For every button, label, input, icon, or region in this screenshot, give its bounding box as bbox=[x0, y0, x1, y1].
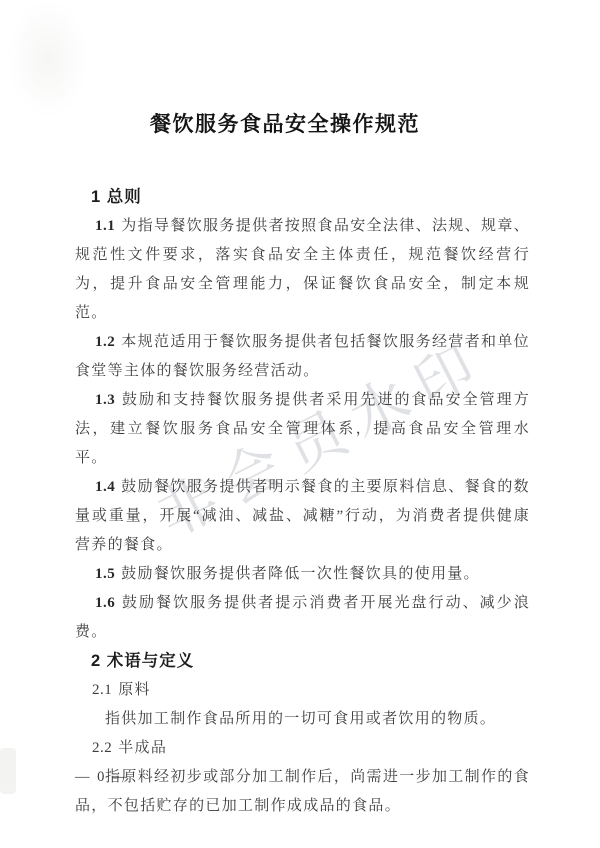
clause-text: 鼓励餐饮服务提供者降低一次性餐饮具的使用量。 bbox=[121, 566, 480, 582]
term-number: 2.2 bbox=[92, 740, 112, 756]
term-2-1-heading: 2.1原料 bbox=[75, 676, 530, 705]
section-1-heading: 1 总则 bbox=[75, 183, 530, 212]
term-2-1-definition: 指供加工制作食品所用的一切可食用或者饮用的物质。 bbox=[75, 705, 530, 734]
clause-number: 1.1 bbox=[95, 218, 115, 234]
clause-number: 1.5 bbox=[95, 566, 115, 582]
clause-number: 1.6 bbox=[95, 595, 115, 611]
clause-text: 本规范适用于餐饮服务提供者包括餐饮服务经营者和单位食堂等主体的餐饮服务经营活动。 bbox=[75, 334, 530, 379]
clause-text: 鼓励和支持餐饮服务提供者采用先进的食品安全管理方法，建立餐饮服务食品安全管理体系… bbox=[75, 392, 530, 466]
clause-text: 鼓励餐饮服务提供者明示餐食的主要原料信息、餐食的数量或重量，开展“减油、减盐、减… bbox=[75, 479, 530, 553]
clause-1-2: 1.2本规范适用于餐饮服务提供者包括餐饮服务经营者和单位食堂等主体的餐饮服务经营… bbox=[75, 328, 530, 386]
clause-1-5: 1.5鼓励餐饮服务提供者降低一次性餐饮具的使用量。 bbox=[75, 560, 530, 589]
clause-number: 1.4 bbox=[95, 479, 115, 495]
term-2-2-heading: 2.2半成品 bbox=[75, 734, 530, 763]
clause-text: 鼓励餐饮服务提供者提示消费者开展光盘行动、减少浪费。 bbox=[75, 595, 530, 640]
term-number: 2.1 bbox=[92, 682, 112, 698]
clause-1-4: 1.4鼓励餐饮服务提供者明示餐食的主要原料信息、餐食的数量或重量，开展“减油、减… bbox=[75, 473, 530, 560]
clause-1-1: 1.1为指导餐饮服务提供者按照食品安全法律、法规、规章、规范性文件要求，落实食品… bbox=[75, 212, 530, 328]
term-2-2-definition: 指原料经初步或部分加工制作后，尚需进一步加工制作的食品，不包括贮存的已加工制作成… bbox=[75, 763, 530, 821]
term-name: 原料 bbox=[118, 682, 151, 698]
document-page: 非会员水印 餐饮服务食品安全操作规范 1 总则 1.1为指导餐饮服务提供者按照食… bbox=[0, 0, 600, 848]
document-title: 餐饮服务食品安全操作规范 bbox=[0, 0, 600, 142]
clause-number: 1.3 bbox=[95, 392, 115, 408]
clause-1-3: 1.3鼓励和支持餐饮服务提供者采用先进的食品安全管理方法，建立餐饮服务食品安全管… bbox=[75, 386, 530, 473]
term-name: 半成品 bbox=[118, 740, 167, 756]
document-body: 1 总则 1.1为指导餐饮服务提供者按照食品安全法律、法规、规章、规范性文件要求… bbox=[0, 183, 600, 821]
clause-1-6: 1.6鼓励餐饮服务提供者提示消费者开展光盘行动、减少浪费。 bbox=[75, 589, 530, 647]
page-number: — 0 — bbox=[75, 763, 129, 792]
clause-number: 1.2 bbox=[95, 334, 115, 350]
clause-text: 为指导餐饮服务提供者按照食品安全法律、法规、规章、规范性文件要求，落实食品安全主… bbox=[75, 218, 530, 321]
section-2-heading: 2 术语与定义 bbox=[75, 647, 530, 676]
